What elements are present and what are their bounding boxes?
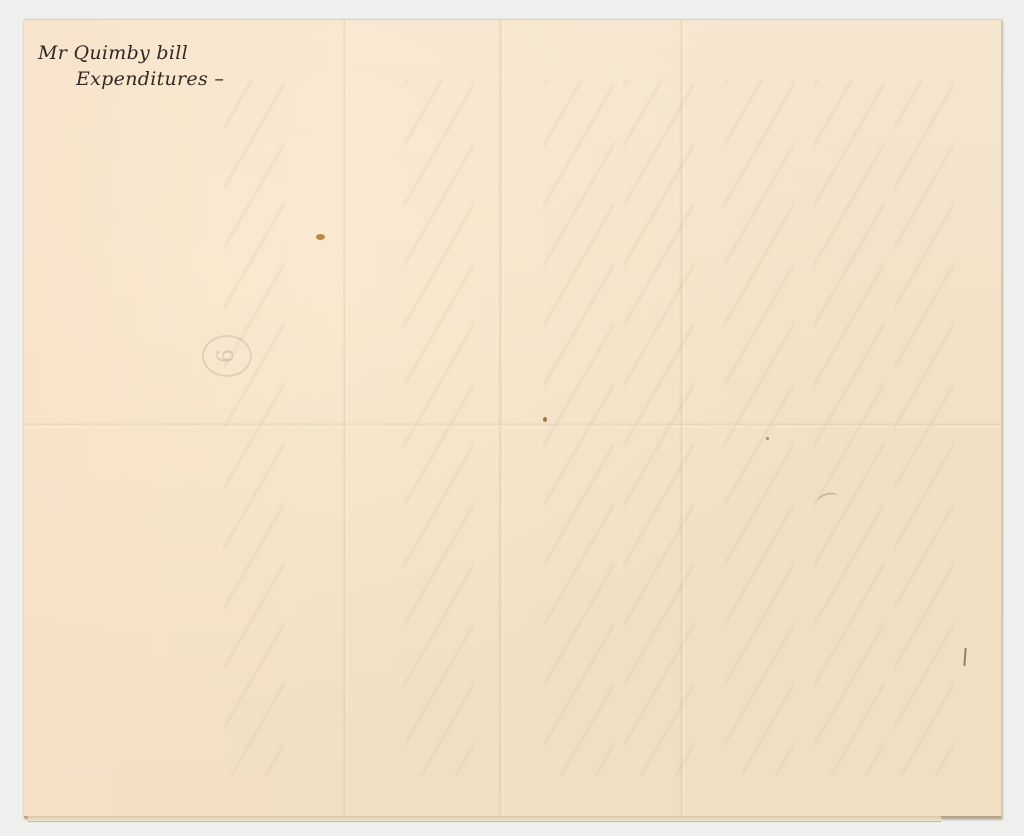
circled-number-mark: 6: [202, 335, 252, 377]
document-sheet: 6 Mr Quimby bill Expenditures –: [24, 19, 1002, 818]
pen-tick-mark: [963, 648, 966, 666]
bleed-through-text: [724, 80, 794, 776]
bleed-through-text: [624, 80, 694, 776]
bleed-through-text: [544, 80, 614, 776]
inscription-line-2: Expenditures –: [38, 66, 224, 92]
vertical-fold-line: [498, 20, 504, 816]
underlying-page-edge: [28, 816, 941, 822]
ink-stain: [316, 234, 325, 240]
bleed-through-text: [404, 80, 474, 776]
bleed-through-text: [894, 80, 954, 776]
bleed-through-text: [814, 80, 884, 776]
vertical-fold-line: [342, 20, 348, 816]
ink-stain: [543, 417, 547, 422]
inscription-line-1: Mr Quimby bill: [38, 40, 224, 66]
ink-stain: [766, 437, 769, 440]
docket-inscription: Mr Quimby bill Expenditures –: [38, 40, 224, 92]
bleed-through-text: [224, 80, 284, 776]
